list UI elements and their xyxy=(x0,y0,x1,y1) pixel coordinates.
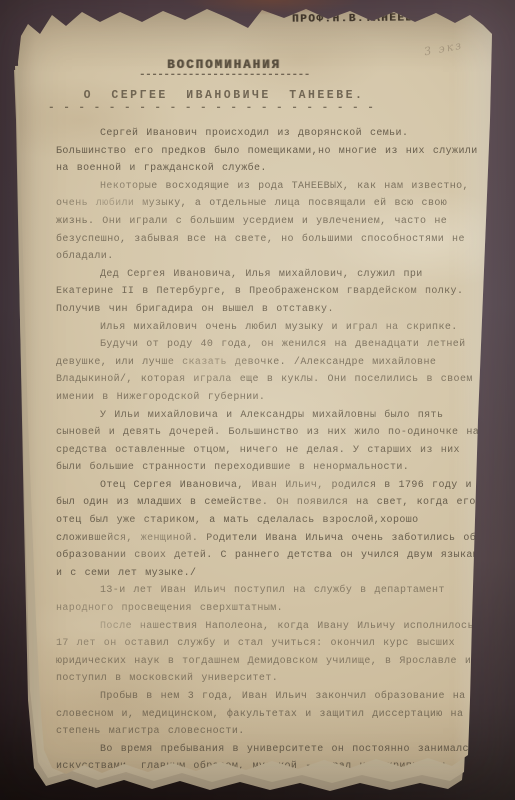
document-body: Сергей Иванович происходил из дворянской… xyxy=(56,125,482,794)
paragraph: Отец Сергея Ивановича, Иван Ильич, родил… xyxy=(56,477,482,583)
document-subtitle: О СЕРГЕЕ ИВАНОВИЧЕ ТАНЕЕВЕ. xyxy=(56,89,392,102)
paragraph: Пробыв в нем 3 года, Иван Ильич закончил… xyxy=(56,688,482,741)
paragraph: После нашествия Наполеона, когда Ивану И… xyxy=(56,618,482,688)
title-underline: -------------------------------- xyxy=(139,72,309,79)
paragraph: Сергей Иванович происходил из дворянской… xyxy=(56,125,482,178)
paragraph: Дед Сергея Ивановича, Илья михайлович, с… xyxy=(56,266,482,319)
document-title: ВОСПОМИНАНИЯ xyxy=(56,58,392,72)
paragraph: У Ильи михайловича и Александры михайлов… xyxy=(56,407,482,477)
paragraph: Некоторые восходящие из рода ТАНЕЕВЫХ, к… xyxy=(56,178,482,266)
paragraph: Будучи от роду 40 года, он женился на дв… xyxy=(56,336,482,406)
pencil-annotation: 3 экз xyxy=(423,39,464,59)
document-content: ПРОФ.Н.В.ТАНЕЕВ. 3 экз ВОСПОМИНАНИЯ ----… xyxy=(56,34,482,794)
subtitle-underline: - - - - - - - - - - - - - - - - - - - - … xyxy=(48,104,378,113)
document-header: ВОСПОМИНАНИЯ ---------------------------… xyxy=(56,58,392,113)
photo-background: ПРОФ.Н.В.ТАНЕЕВ. 3 экз ВОСПОМИНАНИЯ ----… xyxy=(0,0,515,800)
paragraph: 13-и лет Иван Ильич поступил на службу в… xyxy=(56,582,482,617)
document-page: ПРОФ.Н.В.ТАНЕЕВ. 3 экз ВОСПОМИНАНИЯ ----… xyxy=(0,0,515,800)
paragraph: Илья михайлович очень любил музыку и игр… xyxy=(56,319,482,337)
professor-stamp-text: ПРОФ.Н.В.ТАНЕЕВ. xyxy=(292,12,422,25)
